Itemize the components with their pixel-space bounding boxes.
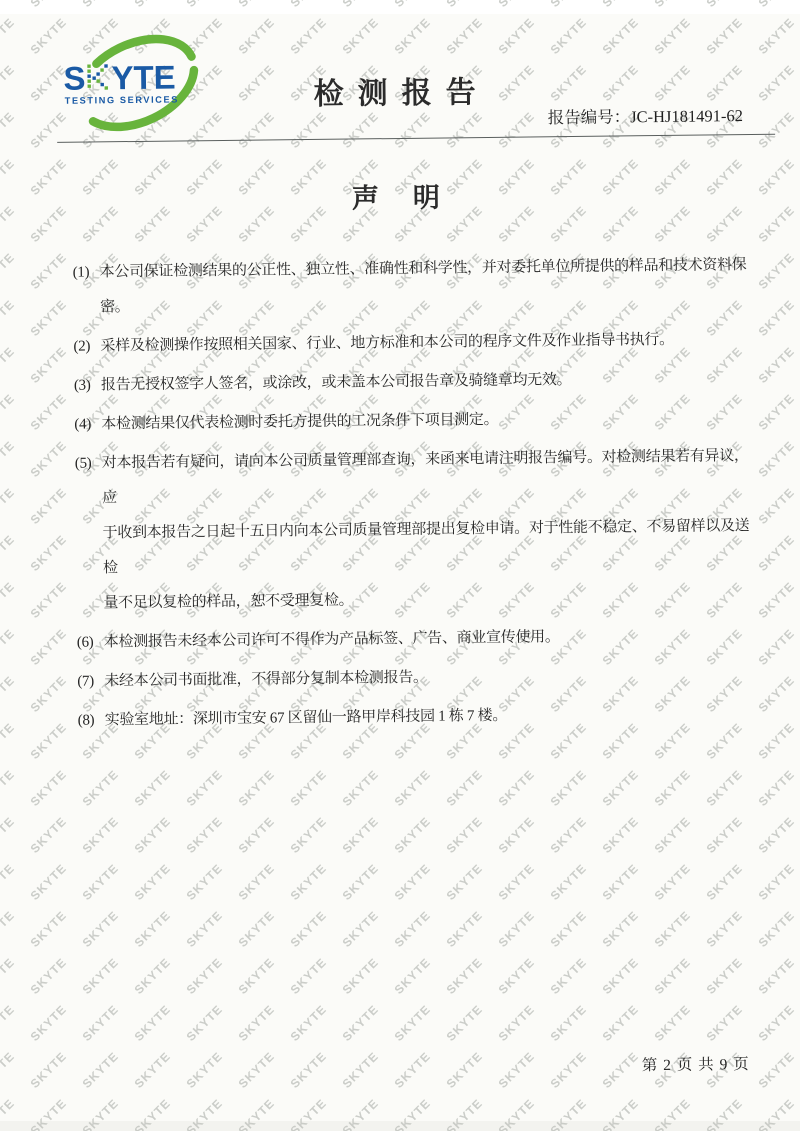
item-text: 未经本公司书面批准，不得部分复制本检测报告。 [104, 670, 428, 690]
declaration-item: (3) 报告无授权签字人签名，或涂改，或未盖本公司报告章及骑缝章均无效。 [74, 361, 750, 404]
declaration-item: (2) 采样及检测操作按照相关国家、行业、地方标准和本公司的程序文件及作业指导书… [73, 322, 749, 365]
item-text: 本检测结果仅代表检测时委托方提供的工况条件下项目测定。 [101, 412, 498, 433]
item-number: (3) [74, 369, 91, 404]
item-number: (8) [78, 703, 95, 738]
report-page: S YTE TESTING SERVICES 检测报告 报告编号：JC-HJ18… [0, 0, 800, 1131]
report-number-value: JC-HJ181491-62 [630, 106, 743, 126]
item-number: (5) [75, 446, 92, 481]
declaration-list: (1) 本公司保证检测结果的公正性、独立性、准确性和科学性，并对委托单位所提供的… [72, 248, 753, 743]
item-text: 本检测报告未经本公司许可不得作为产品标签、广告、商业宣传使用。 [104, 629, 560, 650]
item-number: (7) [77, 664, 94, 699]
report-number-label: 报告编号： [548, 107, 631, 127]
item-text-line: 于收到本报告之日起十五日内向本公司质量管理部提出复检申请。对于性能不稳定、不易留… [102, 509, 752, 586]
declaration-item: (5) 对本报告若有疑问，请向本公司质量管理部查询，来函来电请注明报告编号。对检… [75, 439, 753, 622]
item-number: (1) [72, 256, 89, 291]
item-number: (2) [73, 330, 90, 365]
declaration-item: (4) 本检测结果仅代表检测时委托方提供的工况条件下项目测定。 [74, 400, 750, 443]
item-text-line: 量不足以复检的样品，恕不受理复检。 [103, 579, 752, 621]
declaration-item: (7) 未经本公司书面批准，不得部分复制本检测报告。 [77, 657, 753, 700]
declaration-heading: 声明 [0, 171, 796, 219]
item-text: 采样及检测操作按照相关国家、行业、地方标准和本公司的程序文件及作业指导书执行。 [100, 332, 673, 355]
item-text: 报告无授权签字人签名，或涂改，或未盖本公司报告章及骑缝章均无效。 [101, 372, 572, 393]
declaration-item: (1) 本公司保证检测结果的公正性、独立性、准确性和科学性，并对委托单位所提供的… [72, 248, 749, 326]
item-text-line: 对本报告若有疑问，请向本公司质量管理部查询，来函来电请注明报告编号。对检测结果若… [102, 439, 752, 516]
item-number: (4) [74, 407, 91, 442]
report-number: 报告编号：JC-HJ181491-62 [548, 102, 744, 128]
item-text: 实验室地址：深圳市宝安 67 区留仙一路甲岸科技园 1 栋 7 楼。 [105, 708, 507, 729]
item-text: 本公司保证检测结果的公正性、独立性、准确性和科学性，并对委托单位所提供的样品和技… [100, 257, 747, 315]
declaration-item: (8) 实验室地址：深圳市宝安 67 区留仙一路甲岸科技园 1 栋 7 楼。 [78, 696, 754, 739]
page-number: 第 2 页 共 9 页 [642, 1052, 750, 1075]
item-number: (6) [77, 625, 94, 660]
declaration-item: (6) 本检测报告未经本公司许可不得作为产品标签、广告、商业宣传使用。 [77, 618, 753, 661]
